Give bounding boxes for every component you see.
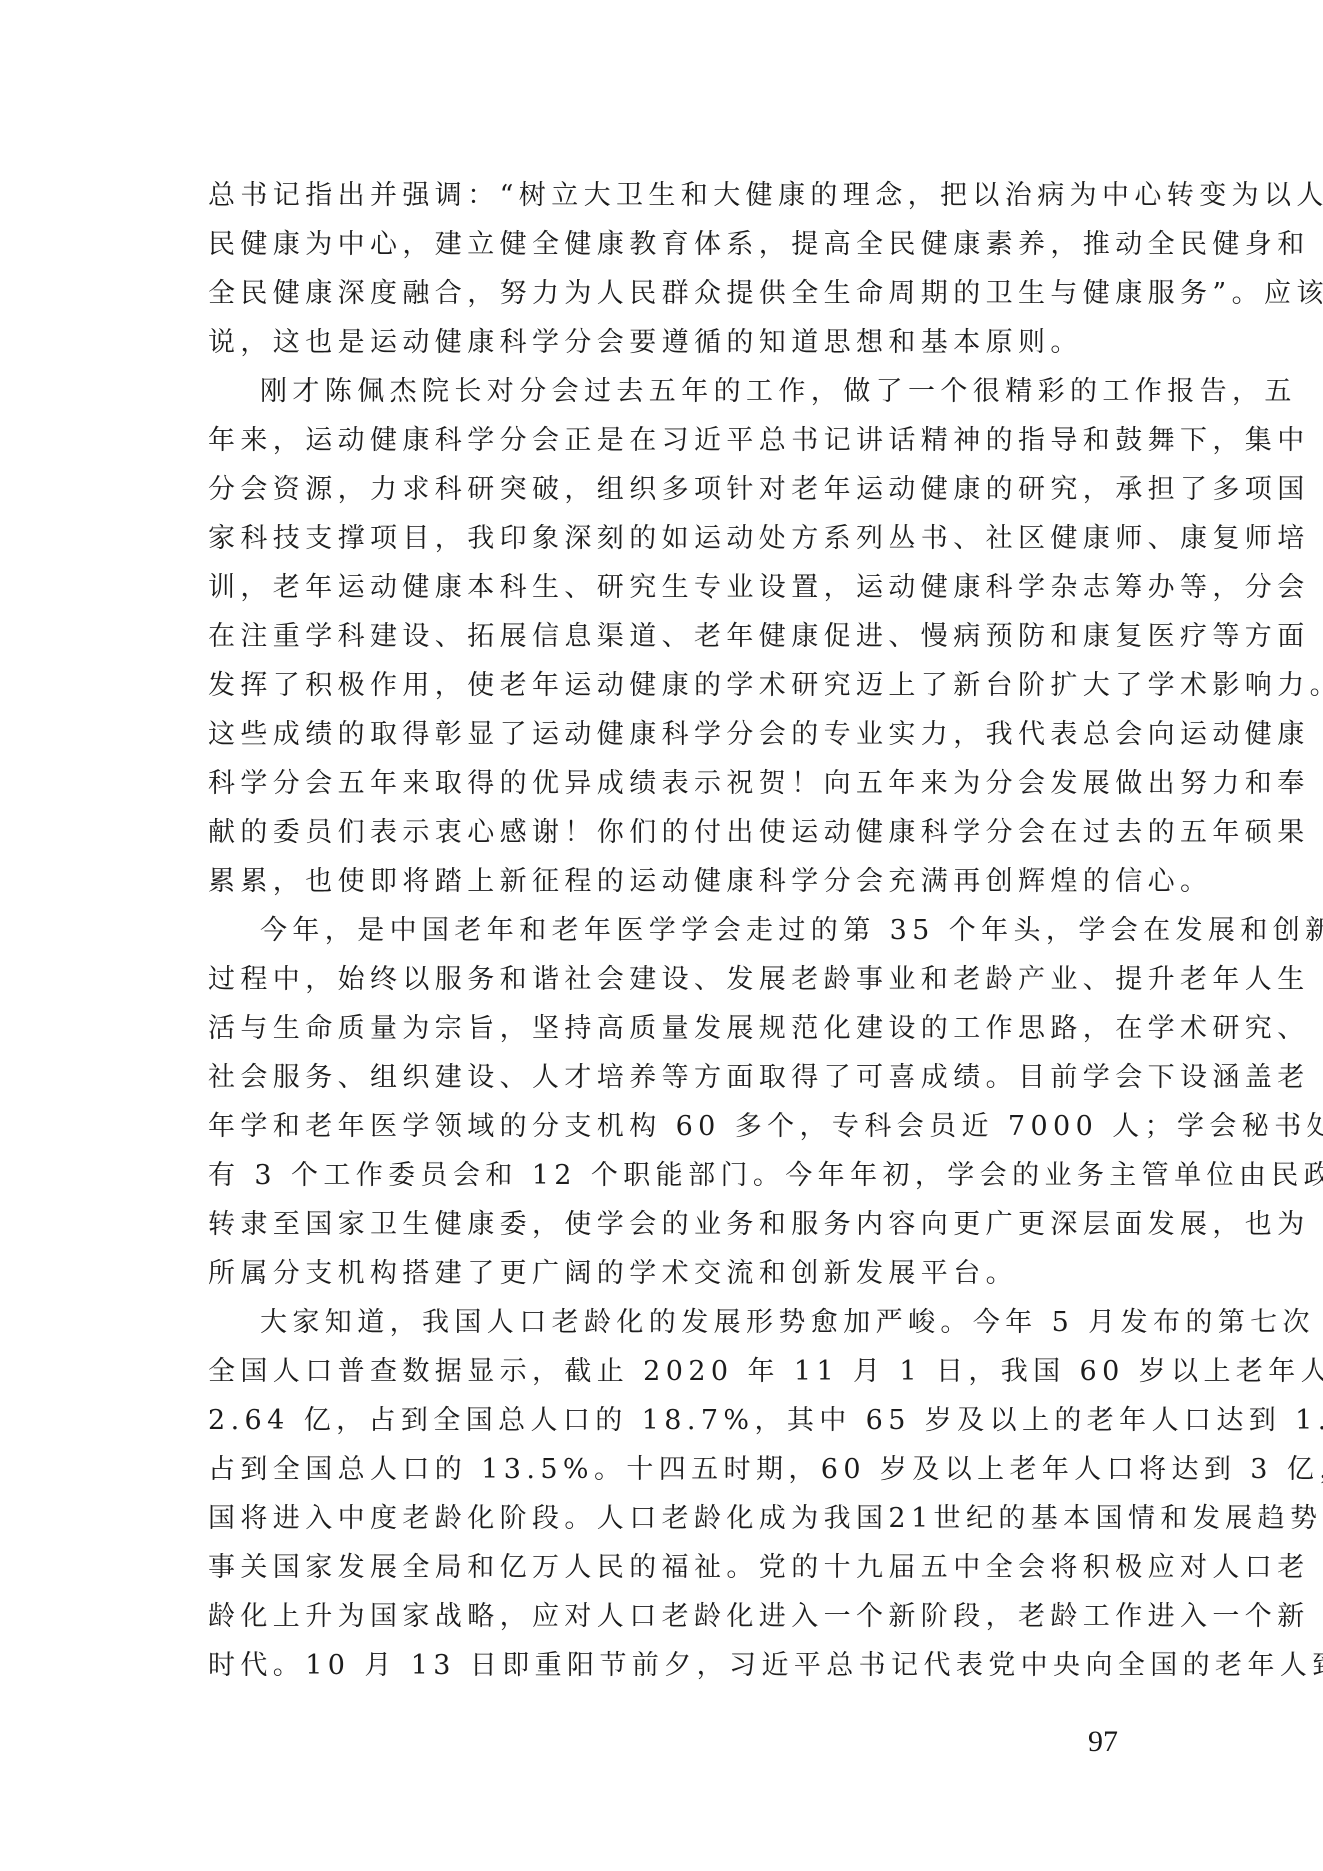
document-page: 总书记指出并强调：“树立大卫生和大健康的理念，把以治病为中心转变为以人 民健康为…	[0, 0, 1323, 1871]
text-line: 在注重学科建设、拓展信息渠道、老年健康促进、慢病预防和康复医疗等方面	[208, 612, 1118, 661]
text-line: 2.64 亿，占到全国总人口的 18.7%，其中 65 岁及以上的老年人口达到 …	[208, 1396, 1118, 1445]
text-line: 事关国家发展全局和亿万人民的福祉。党的十九届五中全会将积极应对人口老	[208, 1543, 1118, 1592]
text-line: 说，这也是运动健康科学分会要遵循的知道思想和基本原则。	[208, 318, 1118, 367]
text-line: 献的委员们表示衷心感谢！你们的付出使运动健康科学分会在过去的五年硕果	[208, 808, 1118, 857]
text-line: 国将进入中度老龄化阶段。人口老龄化成为我国21世纪的基本国情和发展趋势，	[208, 1494, 1118, 1543]
text-line: 这些成绩的取得彰显了运动健康科学分会的专业实力，我代表总会向运动健康	[208, 710, 1118, 759]
text-line: 家科技支撑项目，我印象深刻的如运动处方系列丛书、社区健康师、康复师培	[208, 514, 1118, 563]
text-line: 刚才陈佩杰院长对分会过去五年的工作，做了一个很精彩的工作报告，五	[208, 367, 1118, 416]
text-line: 科学分会五年来取得的优异成绩表示祝贺！向五年来为分会发展做出努力和奉	[208, 759, 1118, 808]
text-line: 时代。10 月 13 日即重阳节前夕，习近平总书记代表党中央向全国的老年人致以	[208, 1641, 1118, 1690]
text-line: 社会服务、组织建设、人才培养等方面取得了可喜成绩。目前学会下设涵盖老	[208, 1053, 1118, 1102]
text-line: 年学和老年医学领域的分支机构 60 多个，专科会员近 7000 人；学会秘书处设	[208, 1102, 1118, 1151]
text-line: 所属分支机构搭建了更广阔的学术交流和创新发展平台。	[208, 1249, 1118, 1298]
text-line: 占到全国总人口的 13.5%。十四五时期，60 岁及以上老年人口将达到 3 亿，…	[208, 1445, 1118, 1494]
text-line: 今年，是中国老年和老年医学学会走过的第 35 个年头，学会在发展和创新	[208, 906, 1118, 955]
paragraph-2: 刚才陈佩杰院长对分会过去五年的工作，做了一个很精彩的工作报告，五 年来，运动健康…	[208, 367, 1118, 906]
text-line: 有 3 个工作委员会和 12 个职能部门。今年年初，学会的业务主管单位由民政部	[208, 1151, 1118, 1200]
text-line: 龄化上升为国家战略，应对人口老龄化进入一个新阶段，老龄工作进入一个新	[208, 1592, 1118, 1641]
text-line: 分会资源，力求科研突破，组织多项针对老年运动健康的研究，承担了多项国	[208, 465, 1118, 514]
text-line: 全民健康深度融合，努力为人民群众提供全生命周期的卫生与健康服务”。应该	[208, 269, 1118, 318]
text-line: 总书记指出并强调：“树立大卫生和大健康的理念，把以治病为中心转变为以人	[208, 171, 1118, 220]
text-line: 民健康为中心，建立健全健康教育体系，提高全民健康素养，推动全民健身和	[208, 220, 1118, 269]
text-line: 累累，也使即将踏上新征程的运动健康科学分会充满再创辉煌的信心。	[208, 857, 1118, 906]
paragraph-1: 总书记指出并强调：“树立大卫生和大健康的理念，把以治病为中心转变为以人 民健康为…	[208, 171, 1118, 367]
page-number: 97	[1088, 1726, 1118, 1758]
text-line: 过程中，始终以服务和谐社会建设、发展老龄事业和老龄产业、提升老年人生	[208, 955, 1118, 1004]
body-text: 总书记指出并强调：“树立大卫生和大健康的理念，把以治病为中心转变为以人 民健康为…	[208, 171, 1118, 1690]
text-line: 转隶至国家卫生健康委，使学会的业务和服务内容向更广更深层面发展，也为	[208, 1200, 1118, 1249]
text-line: 活与生命质量为宗旨，坚持高质量发展规范化建设的工作思路，在学术研究、	[208, 1004, 1118, 1053]
text-line: 年来，运动健康科学分会正是在习近平总书记讲话精神的指导和鼓舞下，集中	[208, 416, 1118, 465]
text-line: 训，老年运动健康本科生、研究生专业设置，运动健康科学杂志筹办等，分会	[208, 563, 1118, 612]
text-line: 大家知道，我国人口老龄化的发展形势愈加严峻。今年 5 月发布的第七次	[208, 1298, 1118, 1347]
text-line: 发挥了积极作用，使老年运动健康的学术研究迈上了新台阶扩大了学术影响力。	[208, 661, 1118, 710]
paragraph-4: 大家知道，我国人口老龄化的发展形势愈加严峻。今年 5 月发布的第七次 全国人口普…	[208, 1298, 1118, 1690]
paragraph-3: 今年，是中国老年和老年医学学会走过的第 35 个年头，学会在发展和创新 过程中，…	[208, 906, 1118, 1298]
text-line: 全国人口普查数据显示，截止 2020 年 11 月 1 日，我国 60 岁以上老…	[208, 1347, 1118, 1396]
